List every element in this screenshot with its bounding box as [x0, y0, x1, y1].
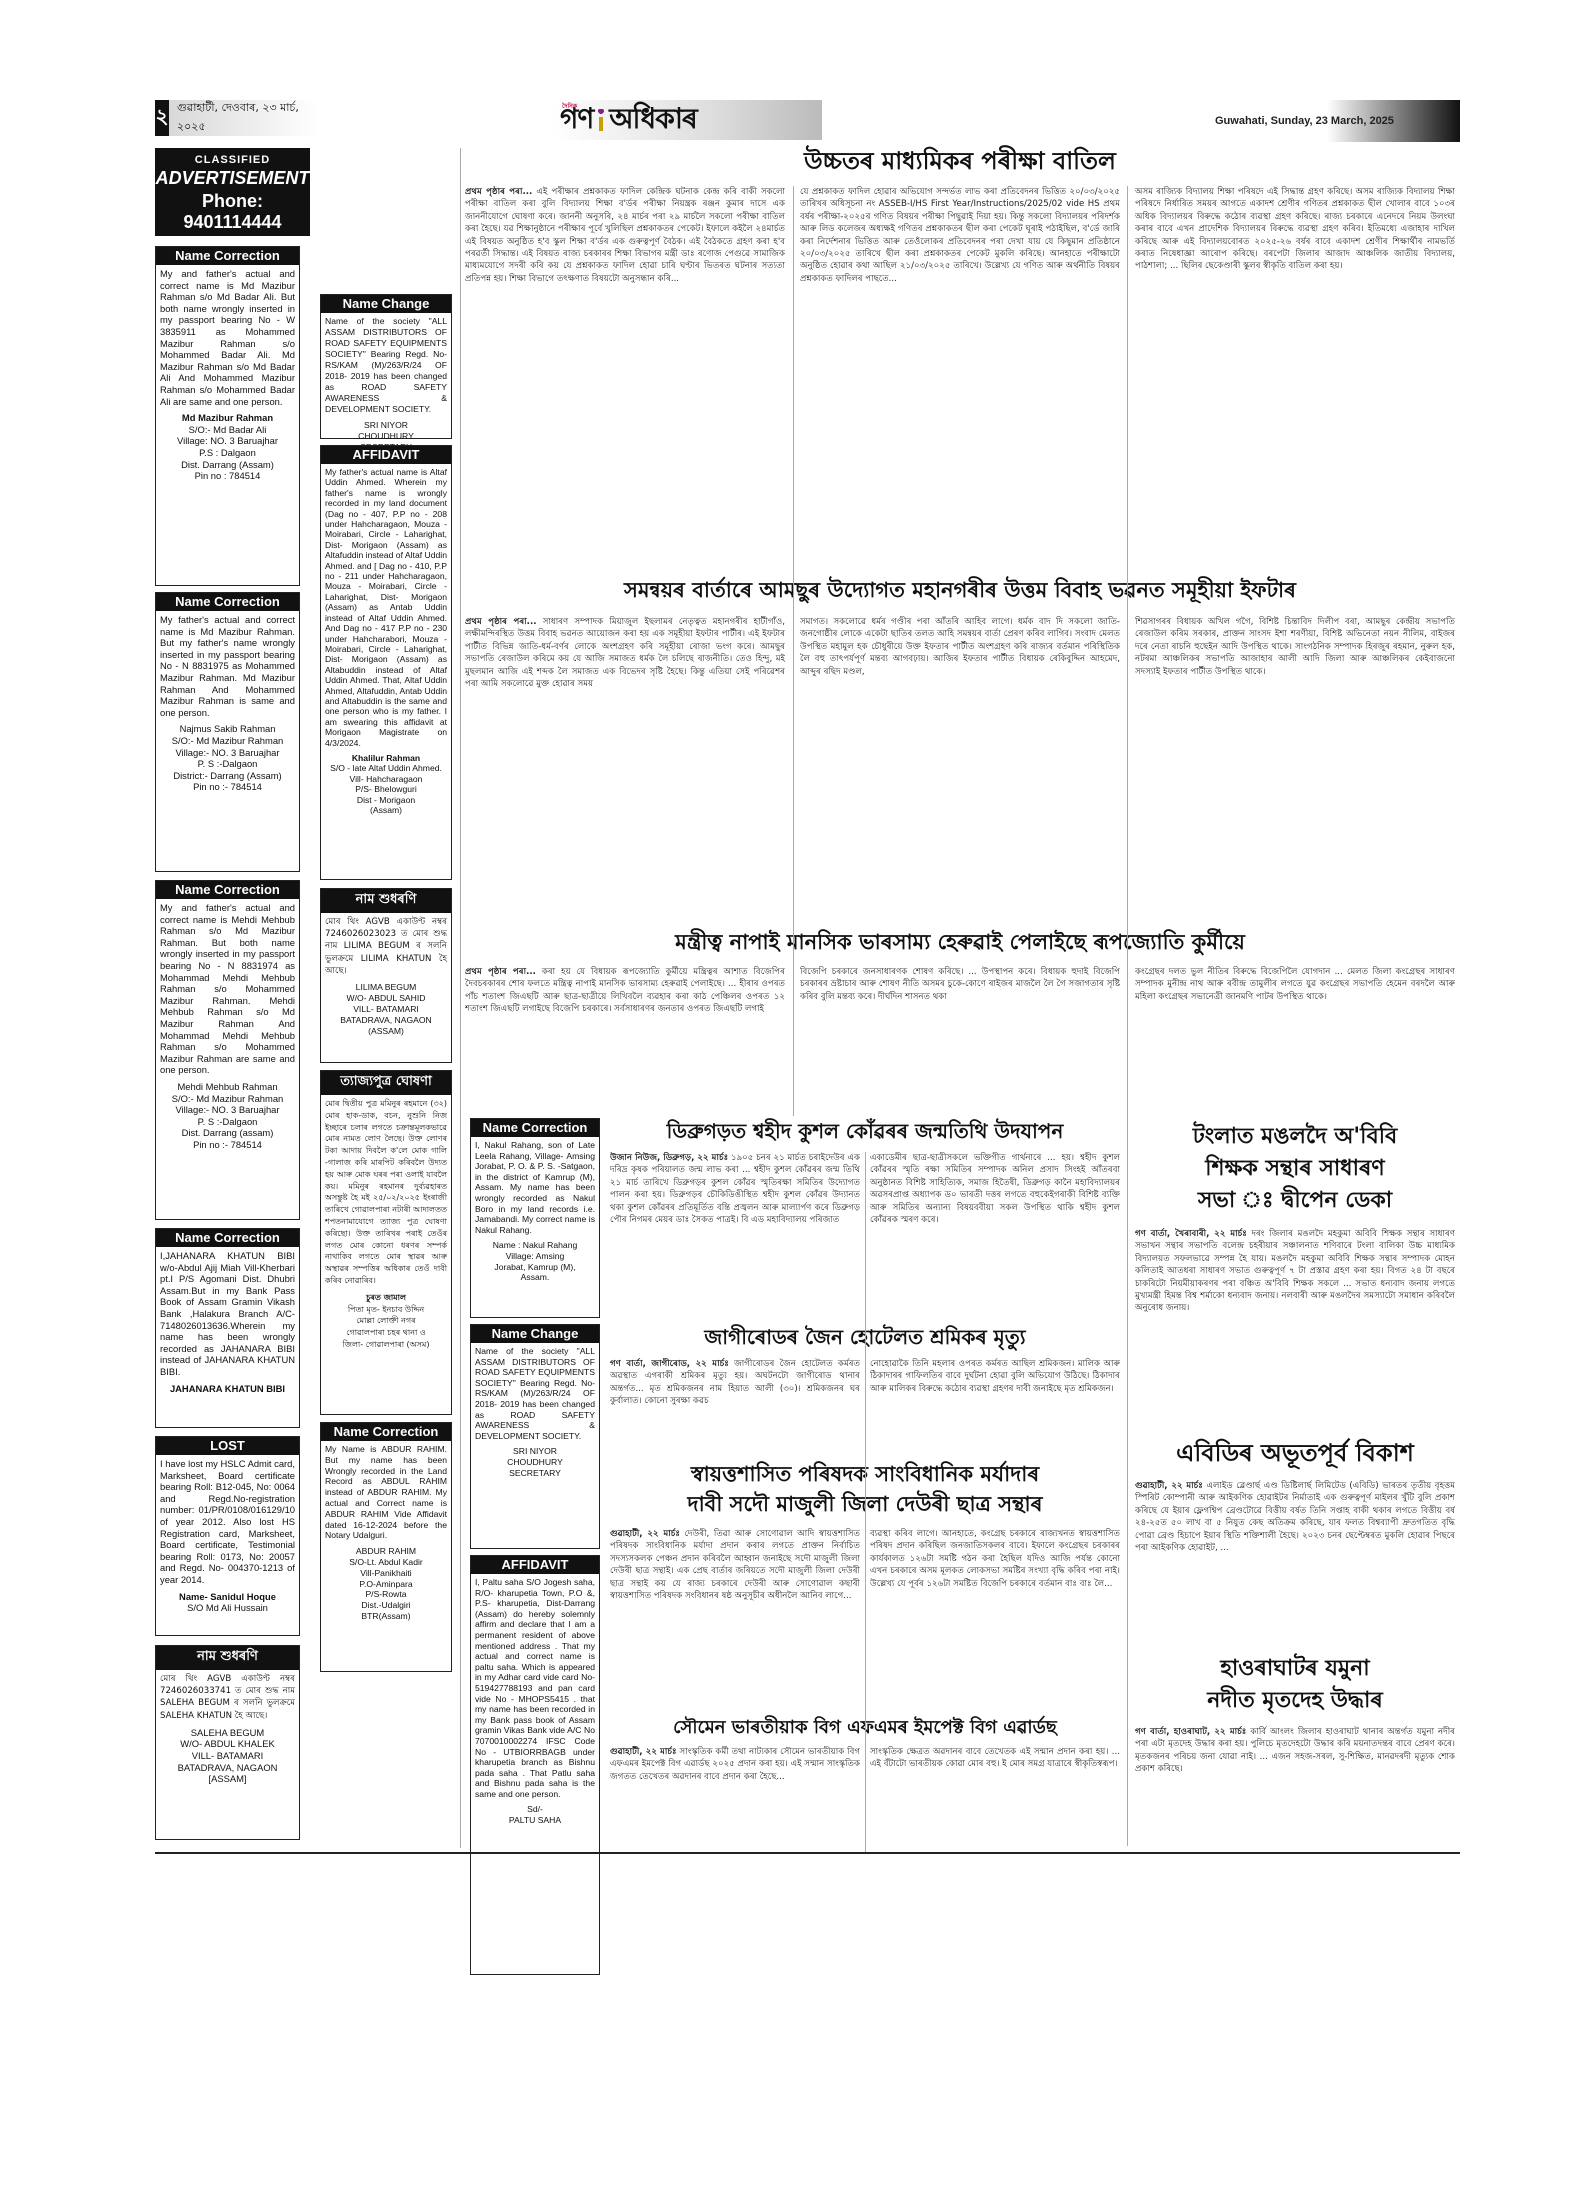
- classified-banner: CLASSIFIED ADVERTISEMENT Phone: 94011144…: [155, 148, 310, 236]
- ad-signature: LILIMA BEGUM W/O- ABDUL SAHID VILL- BATA…: [321, 980, 451, 1041]
- sign-line: VILL- BATAMARI: [325, 1004, 447, 1015]
- sign-line: Jorabat, Kamrup (M),: [475, 1262, 595, 1273]
- sign-line: S/O:- Md Mazibur Rahman: [160, 735, 295, 747]
- sign-line: PALTU SAHA: [475, 1815, 595, 1826]
- ad-title: Name Change: [471, 1325, 599, 1343]
- right-dateline: Guwahati, Sunday, 23 March, 2025: [1215, 115, 1394, 127]
- signatory-name: Md Mazibur Rahman: [160, 412, 295, 424]
- ad-affidavit-1: AFFIDAVIT My father's actual name is Alt…: [320, 445, 452, 880]
- ad-signature: ABDUR RAHIM S/O-Lt. Abdul Kadir Vill-Pan…: [321, 1544, 451, 1626]
- signatory-name: Khalilur Rahman: [325, 753, 447, 763]
- headline-yamuna-line2: নদীত মৃতদেহ উদ্ধাৰ: [1135, 1688, 1455, 1713]
- signatory-name: JAHANARA KHATUN BIBI: [160, 1383, 295, 1395]
- article-dateline: গণ বাৰ্তা, হাওৰাঘাট, ২২ মাৰ্চঃ: [1135, 1727, 1246, 1737]
- masthead-logo: দৈনিক গণ অধিকাৰ: [552, 100, 822, 140]
- article-hotel-col1: গণ বাৰ্তা, জাগীৰোড, ২২ মাৰ্চঃ জাগীৰোডৰ জ…: [610, 1358, 860, 1454]
- headline-kurmi: মন্ত্ৰীত্ব নাপাই মানসিক ভাৰসাম্য হেৰুৱাই…: [465, 930, 1455, 954]
- article-soumen-col2: সাংস্কৃতিক ক্ষেত্ৰত অৱদানৰ বাবে তেখেতক এ…: [870, 1746, 1120, 1846]
- article-text: ১৯০৫ চনৰ ২১ মাৰ্চত চৰাইদেউৰ এক দৰিদ্ৰ কৃ…: [610, 1153, 860, 1225]
- sign-line: ABDUR RAHIM: [325, 1546, 447, 1557]
- sign-line: SRI NIYOR: [325, 420, 447, 431]
- headline-abd: এবিডিৰ অভূতপূৰ্ব বিকাশ: [1135, 1440, 1455, 1468]
- ad-body: My father's actual and correct name is M…: [156, 611, 299, 721]
- sign-line: Vill- Hahcharagaon: [325, 774, 447, 784]
- article-deuri-col2: ব্যৱস্থা কৰিব লাগে। আনহাতে, কংগ্ৰেছ চৰকা…: [870, 1528, 1120, 1708]
- article-hotel-col2: নোহোৱাকৈ তিনি মহলাৰ ওপৰত কৰ্মৰত আছিল শ্ৰ…: [870, 1358, 1120, 1454]
- ad-title: Name Correction: [321, 1423, 451, 1441]
- masthead-title-right: অধিকাৰ: [609, 97, 696, 144]
- headline-yamuna-line1: হাওৰাঘাটৰ যমুনা: [1135, 1656, 1455, 1681]
- article-kurmi-col1: প্ৰথম পৃষ্ঠাৰ পৰা... কৰা হয় যে বিধায়ক …: [465, 966, 785, 1116]
- article-text: এই পৰীক্ষাৰ প্ৰশ্নকাকত ফাদিল কেন্দ্ৰিক ঘ…: [465, 187, 785, 284]
- sign-line: (ASSAM): [325, 1026, 447, 1037]
- sign-line: S/O-Lt. Abdul Kadir: [325, 1557, 447, 1568]
- sign-line: BATADRAVA, NAGAON: [325, 1015, 447, 1026]
- ad-body: I, Nakul Rahang, son of Late Leela Rahan…: [471, 1137, 599, 1238]
- ad-title: নাম শুধৰণি: [156, 1646, 299, 1670]
- ad-signature: Mehdi Mehbub Rahman S/O:- Md Mazibur Rah…: [156, 1079, 299, 1155]
- page-header: ২ গুৱাহাটী, দেওবাৰ, ২৩ মাৰ্চ, ২০২৫ দৈনিক…: [155, 100, 1460, 142]
- sign-line: Pin no :- 784514: [160, 781, 295, 793]
- column-divider: [1127, 186, 1128, 1846]
- column-divider: [793, 186, 794, 1116]
- sign-line: Najmus Sakib Rahman: [160, 723, 295, 735]
- sign-line: (Assam): [325, 805, 447, 815]
- sign-line: P/S-Rowta: [325, 1589, 447, 1600]
- ad-body: My and father's actual and correct name …: [156, 899, 299, 1079]
- classified-label: CLASSIFIED: [155, 154, 310, 166]
- article-text: দৰং জিলাৰ মঙলদৈ মহকুমা অবিবি শিক্ষক সন্থ…: [1135, 1229, 1455, 1313]
- article-lead: প্ৰথম পৃষ্ঠাৰ পৰা...: [465, 967, 536, 977]
- sign-line: জিলা- গোৱালপাৰা (অসম): [325, 1339, 447, 1351]
- ad-title: Name Correction: [156, 593, 299, 611]
- ad-name-correction-2: Name Correction My father's actual and c…: [155, 592, 300, 872]
- article-text: দেউৰী, তিৱা আৰু সোণোৱাল আদি স্বায়ত্তশাস…: [610, 1529, 860, 1601]
- ad-title: নাম শুধৰণি: [321, 889, 451, 913]
- article-text: এলাইড ব্লেণ্ডাৰ্ছ এণ্ড ডিষ্টিলাৰ্ছ লিমিট…: [1135, 1481, 1455, 1553]
- ad-body: My father's actual name is Altaf Uddin A…: [321, 464, 451, 751]
- ad-name-correction-3: Name Correction My and father's actual a…: [155, 880, 300, 1220]
- sign-line: Dist.-Udalgiri: [325, 1600, 447, 1611]
- sign-line: BATADRAVA, NAGAON: [160, 1762, 295, 1774]
- sign-line: District:- Darrang (Assam): [160, 770, 295, 782]
- sign-line: S/O:- Md Mazibur Rahman: [160, 1093, 295, 1105]
- ad-signature: Md Mazibur Rahman S/O:- Md Badar Ali Vil…: [156, 410, 299, 486]
- sign-line: P.S : Dalgaon: [160, 447, 295, 459]
- sign-line: SALEHA BEGUM: [160, 1727, 295, 1739]
- headline-tangla-line1: টংলাত মঙলদৈ অ'বিবি: [1135, 1124, 1455, 1149]
- sign-line: BTR(Assam): [325, 1611, 447, 1622]
- ad-body: My and father's actual and correct name …: [156, 265, 299, 410]
- sign-line: Sd/-: [475, 1804, 595, 1815]
- article-dateline: উজান নিউজ, ডিব্ৰুগড়, ২২ মাৰ্চঃ: [610, 1153, 728, 1163]
- sign-line: Dist. Darrang (Assam): [160, 459, 295, 471]
- sign-line: Name : Nakul Rahang: [475, 1240, 595, 1251]
- page-bottom-rule: [155, 1852, 1460, 1854]
- right-dateline-bar: Guwahati, Sunday, 23 March, 2025: [1255, 100, 1460, 142]
- sign-line: Pin no :- 784514: [160, 1139, 295, 1151]
- ad-body: I have lost my HSLC Admit card, Markshee…: [156, 1455, 299, 1589]
- sign-line: VILL- BATAMARI: [160, 1750, 295, 1762]
- article-dateline: গুৱাহাটী, ২২ মাৰ্চঃ: [610, 1529, 680, 1539]
- column-divider: [865, 1152, 866, 1852]
- ad-naam-shudhoroni-2: নাম শুধৰণি মোৰ থিং AGVB একাউণ্ট নম্বৰ 72…: [320, 888, 452, 1063]
- headline-kushal-konwar: ডিব্ৰুগড়ত শ্বহীদ কুশল কোঁৱৰৰ জন্মতিথি উ…: [610, 1120, 1120, 1143]
- left-dateline: গুৱাহাটী, দেওবাৰ, ২৩ মাৰ্চ, ২০২৫: [169, 100, 319, 136]
- sign-line: P/S- Bhelowguri: [325, 784, 447, 794]
- article-iftar-col1: প্ৰথম পৃষ্ঠাৰ পৰা... সাধাৰণ সম্পাদক মিয়…: [465, 616, 785, 916]
- sign-line: Assam.: [475, 1272, 595, 1283]
- sign-line: P. S :-Dalgaon: [160, 758, 295, 770]
- ad-body: I,JAHANARA KHATUN BIBI w/o-Abdul Ajij Mi…: [156, 1247, 299, 1381]
- ad-signature: Name : Nakul Rahang Village: Amsing Jora…: [471, 1238, 599, 1286]
- headline-iftar: সমন্বয়ৰ বাৰ্তাৰে আমছুৰ উদ্যোগত মহানগৰীৰ…: [465, 578, 1455, 602]
- sign-line: P. S :-Dalgaon: [160, 1116, 295, 1128]
- classified-title: ADVERTISEMENT: [155, 168, 310, 189]
- ad-title: AFFIDAVIT: [321, 446, 451, 464]
- sign-line: পিতা মৃত- ইনচাব উদ্দিন: [325, 1304, 447, 1316]
- ad-signature: Name- Sanidul Hoque S/O Md Ali Hussain: [156, 1589, 299, 1618]
- article-kushal-col1: উজান নিউজ, ডিব্ৰুগড়, ২২ মাৰ্চঃ ১৯০৫ চনৰ…: [610, 1152, 860, 1317]
- sign-line: Village: NO. 3 Baruajhar: [160, 435, 295, 447]
- ad-title: Name Correction: [471, 1119, 599, 1137]
- sign-line: W/O- ABDUL KHALEK: [160, 1738, 295, 1750]
- ad-title: Name Change: [321, 295, 451, 313]
- article-yamuna-body: গণ বাৰ্তা, হাওৰাঘাট, ২২ মাৰ্চঃ কাৰ্বি আং…: [1135, 1726, 1455, 1846]
- headline-hs-exam: উচ্চতৰ মাধ্যমিকৰ পৰীক্ষা বাতিল: [465, 148, 1455, 176]
- ad-name-correction-5: Name Correction My Name is ABDUR RAHIM. …: [320, 1422, 452, 1672]
- article-text: সাধাৰণ সম্পাদক মিয়াজুল ইছলামৰ নেতৃত্বত …: [465, 617, 785, 689]
- signatory-name: Name- Sanidul Hoque: [160, 1591, 295, 1603]
- ad-name-correction-6: Name Correction I, Nakul Rahang, son of …: [470, 1118, 600, 1318]
- ad-title: Name Correction: [156, 881, 299, 899]
- ad-body: মোৰ দ্বিতীয় পুত্ৰ মমিনুৰ ৰহমানে (৩২) মো…: [321, 1095, 451, 1290]
- sign-line: SECRETARY: [475, 1468, 595, 1479]
- ad-signature: SALEHA BEGUM W/O- ABDUL KHALEK VILL- BAT…: [156, 1725, 299, 1789]
- article-hs-exam-col3: অসম ৰাজ্যিক বিদ্যালয় শিক্ষা পৰিষদে এই স…: [1135, 186, 1455, 566]
- ad-body: My Name is ABDUR RAHIM. But my name has …: [321, 1441, 451, 1544]
- ad-title: ত্যাজ্যপুত্ৰ ঘোষণা: [321, 1071, 451, 1095]
- article-dateline: গণ বাৰ্তা, খৈৰাবাৰী, ২২ মাৰ্চঃ: [1135, 1229, 1247, 1239]
- masthead-tagline: দৈনিক: [562, 101, 577, 112]
- headline-tangla-line2: শিক্ষক সন্থাৰ সাধাৰণ: [1135, 1156, 1455, 1181]
- column-divider: [460, 148, 461, 1848]
- ad-body: I, Paltu saha S/O Jogesh saha, R/O- khar…: [471, 1574, 599, 1802]
- ad-title: Name Correction: [156, 247, 299, 265]
- article-dateline: গুৱাহাটী, ২২ মাৰ্চঃ: [610, 1747, 677, 1757]
- ad-signature: চুৰত জামাল পিতা মৃত- ইনচাব উদ্দিন মোল্লা…: [321, 1290, 451, 1355]
- ad-body: Name of the society "ALL ASSAM DISTRIBUT…: [321, 313, 451, 418]
- ad-name-change-2: Name Change Name of the society "ALL ASS…: [470, 1324, 600, 1549]
- sign-line: Village:- NO. 3 Baruajhar: [160, 747, 295, 759]
- sign-line: গোৱালপাৰা চহৰ থানা ও: [325, 1327, 447, 1339]
- article-deuri-col1: গুৱাহাটী, ২২ মাৰ্চঃ দেউৰী, তিৱা আৰু সোণো…: [610, 1528, 860, 1708]
- sign-line: Dist - Morigaon: [325, 795, 447, 805]
- ad-title: LOST: [156, 1437, 299, 1455]
- article-hs-exam-col1: প্ৰথম পৃষ্ঠাৰ পৰা... এই পৰীক্ষাৰ প্ৰশ্নক…: [465, 186, 785, 566]
- article-lead: প্ৰথম পৃষ্ঠাৰ পৰা...: [465, 187, 532, 197]
- ad-body: মোৰ থিং AGVB একাউণ্ট নম্বৰ 7246026023023…: [321, 913, 451, 980]
- newspaper-page: ২ গুৱাহাটী, দেওবাৰ, ২৩ মাৰ্চ, ২০২৫ দৈনিক…: [155, 100, 1460, 2130]
- ad-naam-shudhoroni-1: নাম শুধৰণি মোৰ থিং AGVB একাউণ্ট নম্বৰ 72…: [155, 1645, 300, 1840]
- ad-body: Name of the society "ALL ASSAM DISTRIBUT…: [471, 1343, 599, 1444]
- ad-signature: Khalilur Rahman S/O - late Altaf Uddin A…: [321, 751, 451, 819]
- ad-title: AFFIDAVIT: [471, 1556, 599, 1574]
- sign-line: CHOUDHURY: [325, 431, 447, 442]
- article-kurmi-col2: বিজেপি চৰকাৰে জনসাধাৰণক শোষণ কৰিছে। ... …: [800, 966, 1120, 1116]
- sign-line: Village: Amsing: [475, 1251, 595, 1262]
- ad-name-correction-1: Name Correction My and father's actual a…: [155, 246, 300, 586]
- sign-line: মোল্লা লোক্তী নগৰ: [325, 1315, 447, 1327]
- headline-tangla-line3: সভা ঃ দ্বীপেন ডেকা: [1135, 1188, 1455, 1213]
- sign-line: S/O Md Ali Hussain: [160, 1602, 295, 1614]
- article-iftar-col3: শিৱসাগৰৰ বিধায়ক অখিল গগৈ, বিশিষ্ট চিন্ত…: [1135, 616, 1455, 916]
- ad-name-correction-4: Name Correction I,JAHANARA KHATUN BIBI w…: [155, 1228, 300, 1428]
- signatory-name: চুৰত জামাল: [325, 1292, 447, 1304]
- sign-line: S/O - late Altaf Uddin Ahmed.: [325, 763, 447, 773]
- ad-signature: Sd/- PALTU SAHA: [471, 1802, 599, 1829]
- article-hs-exam-col2: যে প্ৰশ্নকাকত ফাদিল হোৱাৰ অভিযোগ সন্দৰ্ভ…: [800, 186, 1120, 566]
- sign-line: [ASSAM]: [160, 1773, 295, 1785]
- sign-line: P.O-Aminpara: [325, 1579, 447, 1590]
- article-dateline: গুৱাহাটী, ২২ মাৰ্চঃ: [1135, 1481, 1203, 1491]
- ad-tyajyaputra-ghoshona: ত্যাজ্যপুত্ৰ ঘোষণা মোৰ দ্বিতীয় পুত্ৰ মম…: [320, 1070, 452, 1415]
- article-iftar-col2: সমাগত। সকলোৱে ধৰ্মৰ গণ্ডীৰ পৰা আঁতৰি আহি…: [800, 616, 1120, 916]
- article-lead: প্ৰথম পৃষ্ঠাৰ পৰা...: [465, 617, 536, 627]
- sign-line: LILIMA BEGUM: [325, 982, 447, 993]
- sign-line: S/O:- Md Badar Ali: [160, 424, 295, 436]
- sign-line: W/O- ABDUL SAHID: [325, 993, 447, 1004]
- sign-line: CHOUDHURY: [475, 1457, 595, 1468]
- article-kushal-col2: একাডেমীৰ ছাত্ৰ-ছাত্ৰীসকলে ভক্তিগীত গাৰ্থ…: [870, 1152, 1120, 1317]
- article-kurmi-col3: কংগ্ৰেছৰ দলত ভুল নীতিৰ বিৰুদ্ধে বিজেপিলৈ…: [1135, 966, 1455, 1116]
- sign-line: Vill-Panikhaiti: [325, 1568, 447, 1579]
- ad-name-change-1: Name Change Name of the society "ALL ASS…: [320, 294, 452, 439]
- article-soumen-col1: গুৱাহাটী, ২২ মাৰ্চঃ সাংস্কৃতিক কৰ্মী তথা…: [610, 1746, 860, 1846]
- article-dateline: গণ বাৰ্তা, জাগীৰোড, ২২ মাৰ্চঃ: [610, 1359, 729, 1369]
- ad-body: মোৰ থিং AGVB একাউণ্ট নম্বৰ 7246026033741…: [156, 1670, 299, 1725]
- classified-phone: Phone: 9401114444: [155, 191, 310, 233]
- ad-signature: Najmus Sakib Rahman S/O:- Md Mazibur Rah…: [156, 721, 299, 797]
- ad-affidavit-2: AFFIDAVIT I, Paltu saha S/O Jogesh saha,…: [470, 1555, 600, 1975]
- sign-line: Pin no : 784514: [160, 470, 295, 482]
- page-number: ২: [155, 100, 169, 136]
- article-tangla-body: গণ বাৰ্তা, খৈৰাবাৰী, ২২ মাৰ্চঃ দৰং জিলাৰ…: [1135, 1228, 1455, 1428]
- ad-signature: SRI NIYOR CHOUDHURY SECRETARY: [471, 1444, 599, 1482]
- article-abd-body: গুৱাহাটী, ২২ মাৰ্চঃ এলাইড ব্লেণ্ডাৰ্ছ এণ…: [1135, 1480, 1455, 1645]
- ad-lost: LOST I have lost my HSLC Admit card, Mar…: [155, 1436, 300, 1636]
- sign-line: SRI NIYOR: [475, 1446, 595, 1457]
- sign-line: Dist. Darrang (assam): [160, 1127, 295, 1139]
- sign-line: Mehdi Mehbub Rahman: [160, 1081, 295, 1093]
- ad-title: Name Correction: [156, 1229, 299, 1247]
- sign-line: Village:- NO. 3 Baruajhar: [160, 1104, 295, 1116]
- family-figure-icon: [596, 109, 606, 131]
- ad-signature: JAHANARA KHATUN BIBI: [156, 1381, 299, 1399]
